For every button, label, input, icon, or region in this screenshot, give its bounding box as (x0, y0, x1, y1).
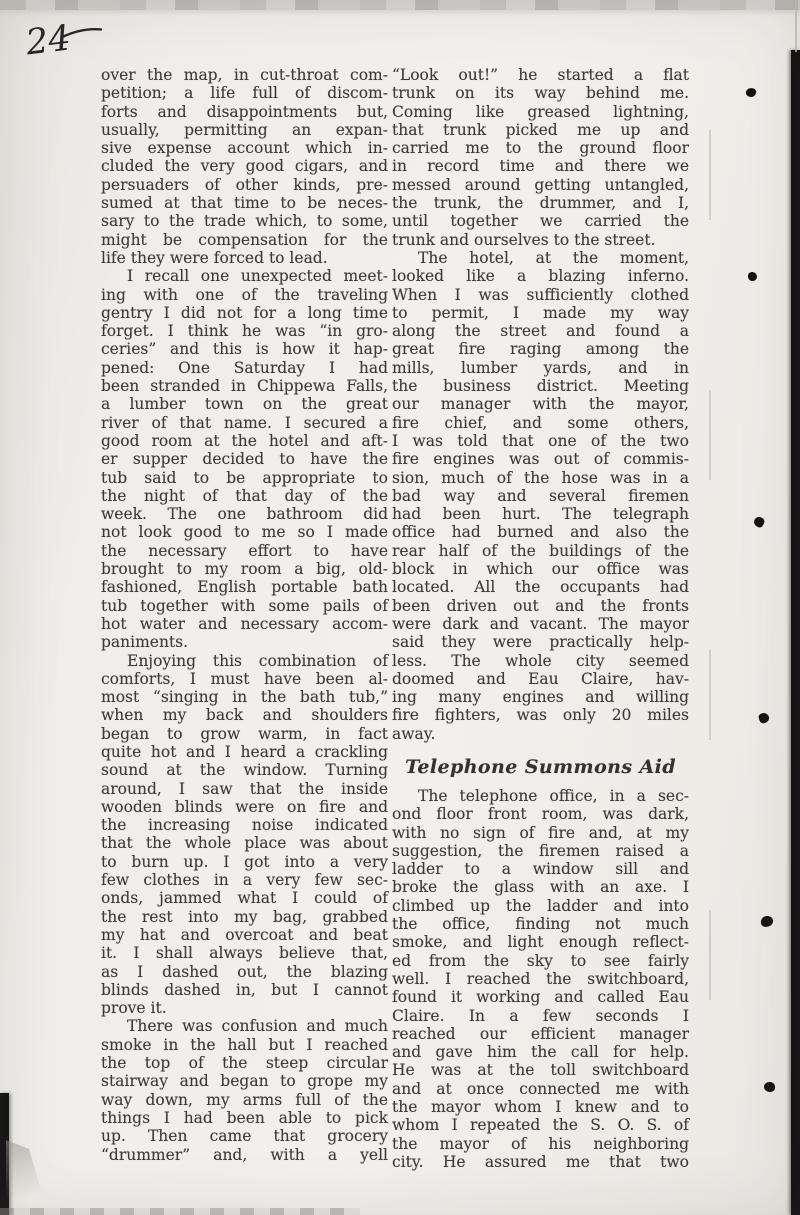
text-line: and at once connected me with (392, 1080, 689, 1098)
text-line: ing many engines and willing (392, 688, 689, 706)
text-line: “drummer” and, with a yell (101, 1146, 388, 1164)
text-line: been stranded in Chippewa Falls, (101, 377, 388, 395)
text-line: away. (392, 725, 689, 743)
text-line: messed around getting untangled, (392, 176, 689, 194)
text-line: pened: One Saturday I had (101, 359, 388, 377)
text-line: I was told that one of the two (392, 432, 689, 450)
text-line: Enjoying this combination of (101, 652, 388, 670)
text-line: whom I repeated the S. O. S. of (392, 1116, 689, 1134)
text-line: sive expense account which in- (101, 139, 388, 157)
text-line: brought to my room a big, old- (101, 560, 388, 578)
text-line: hot water and necessary accom- (101, 615, 388, 633)
paragraph: Enjoying this combination ofcomforts, I … (101, 652, 388, 1018)
text-line: the trunk, the drummer, and I, (392, 194, 689, 212)
text-line: persuaders of other kinds, pre- (101, 176, 388, 194)
text-line: less. The whole city seemed (392, 652, 689, 670)
text-line: forts and disappointments but, (101, 103, 388, 121)
text-line: sumed at that time to be neces- (101, 194, 388, 212)
text-line: He was at the toll switchboard (392, 1061, 689, 1079)
text-line: ed from the sky to see fairly (392, 952, 689, 970)
text-line: that the whole place was about (101, 834, 388, 852)
text-line: er supper decided to have the (101, 450, 388, 468)
ink-spot (758, 712, 771, 725)
text-line: The telephone office, in a sec- (392, 787, 689, 805)
text-line: located. All the occupants had (392, 578, 689, 596)
text-line: might be compensation for the (101, 231, 388, 249)
text-line: fire fighters, was only 20 miles (392, 706, 689, 724)
text-line: sion, much of the hose was in a (392, 469, 689, 487)
text-line: sound at the window. Turning (101, 761, 388, 779)
text-line: week. The one bathroom did (101, 505, 388, 523)
text-line: Claire. In a few seconds I (392, 1007, 689, 1025)
ink-spot (764, 1081, 776, 1092)
text-line: smoke in the hall but I reached (101, 1036, 388, 1054)
text-line: our manager with the mayor, (392, 395, 689, 413)
text-line: fire chief, and some others, (392, 414, 689, 432)
text-line: mills, lumber yards, and in (392, 359, 689, 377)
text-line: cluded the very good cigars, and (101, 157, 388, 175)
handwritten-page-number: 24 (24, 10, 114, 62)
text-line: paniments. (101, 633, 388, 651)
text-line: ond floor front room, was dark, (392, 805, 689, 823)
text-line: wooden blinds were on fire and (101, 798, 388, 816)
scan-edge-top-artifact (0, 0, 800, 10)
text-line: great fire raging among the (392, 340, 689, 358)
text-line: began to grow warm, in fact (101, 725, 388, 743)
text-line: fashioned, English portable bath (101, 578, 388, 596)
text-line: ing with one of the traveling (101, 286, 388, 304)
scan-edge-top-fade (0, 10, 800, 16)
text-line: until together we carried the (392, 212, 689, 230)
text-line: the mayor whom I knew and to (392, 1098, 689, 1116)
text-line: tub together with some pails of (101, 597, 388, 615)
text-line: gentry I did not for a long time (101, 304, 388, 322)
text-line: the necessary effort to have (101, 542, 388, 560)
text-line: well. I reached the switchboard, (392, 970, 689, 988)
text-line: the office, finding not much (392, 915, 689, 933)
text-line: carried me to the ground floor (392, 139, 689, 157)
text-line: “Look out!” he started a flat (392, 66, 689, 84)
text-line: said they were practically help- (392, 633, 689, 651)
paragraph: “Look out!” he started a flattrunk on it… (392, 66, 689, 249)
text-line: with no sign of fire and, at my (392, 824, 689, 842)
text-line: rear half of the buildings of the (392, 542, 689, 560)
scan-edge-bottom-artifact (0, 1208, 360, 1215)
text-line: to burn up. I got into a very (101, 853, 388, 871)
text-line: had been hurt. The telegraph (392, 505, 689, 523)
paragraph: The hotel, at the moment,looked like a b… (392, 249, 689, 743)
text-column-right: “Look out!” he started a flattrunk on it… (392, 66, 689, 1171)
text-line: in record time and there we (392, 157, 689, 175)
text-line: smoke, and light enough reflect- (392, 933, 689, 951)
paper-crease-line (709, 130, 711, 1110)
scan-edge-right-top-mark (795, 0, 797, 52)
text-line: There was confusion and much (101, 1017, 388, 1035)
ink-spot (752, 515, 765, 528)
section-heading: Telephone Summons Aid (392, 754, 689, 780)
text-line: suggestion, the firemen raised a (392, 842, 689, 860)
text-line: ceries” and this is how it hap- (101, 340, 388, 358)
text-line: block in which our office was (392, 560, 689, 578)
text-line: most “singing in the bath tub,” (101, 688, 388, 706)
text-line: trunk on its way behind me. (392, 84, 689, 102)
text-line: bad way and several firemen (392, 487, 689, 505)
text-line: along the street and found a (392, 322, 689, 340)
text-line: the mayor of his neighboring (392, 1135, 689, 1153)
text-line: city. He assured me that two (392, 1153, 689, 1171)
text-line: blinds dashed in, but I cannot (101, 981, 388, 999)
text-column-left: over the map, in cut-throat com-petition… (101, 66, 388, 1164)
paragraph: There was confusion and muchsmoke in the… (101, 1017, 388, 1163)
text-line: the night of that day of the (101, 487, 388, 505)
text-line: prove it. (101, 999, 388, 1017)
text-line: usually, permitting an expan- (101, 121, 388, 139)
text-line: around, I saw that the inside (101, 780, 388, 798)
handwritten-number-text: 24 (24, 18, 73, 62)
text-line: Coming like greased lightning, (392, 103, 689, 121)
text-line: the rest into my bag, grabbed (101, 908, 388, 926)
text-line: my hat and overcoat and beat (101, 926, 388, 944)
text-line: good room at the hotel and aft- (101, 432, 388, 450)
text-line: a lumber town on the great (101, 395, 388, 413)
text-line: office had burned and also the (392, 523, 689, 541)
text-line: were dark and vacant. The mayor (392, 615, 689, 633)
text-line: it. I shall always believe that, (101, 944, 388, 962)
text-line: when my back and shoulders (101, 706, 388, 724)
text-line: looked like a blazing inferno. (392, 267, 689, 285)
paragraph: over the map, in cut-throat com-petition… (101, 66, 388, 267)
ink-spot (760, 915, 773, 928)
text-line: trunk and ourselves to the street. (392, 231, 689, 249)
text-line: the business district. Meeting (392, 377, 689, 395)
text-line: doomed and Eau Claire, hav- (392, 670, 689, 688)
text-line: over the map, in cut-throat com- (101, 66, 388, 84)
text-line: sary to the trade which, to some, (101, 212, 388, 230)
text-line: ladder to a window sill and (392, 860, 689, 878)
text-line: river of that name. I secured a (101, 414, 388, 432)
paragraph: The telephone office, in a sec-ond floor… (392, 787, 689, 1171)
text-line: quite hot and I heard a crackling (101, 743, 388, 761)
text-line: The hotel, at the moment, (392, 249, 689, 267)
text-line: and gave him the call for help. (392, 1043, 689, 1061)
text-line: climbed up the ladder and into (392, 897, 689, 915)
paragraph: I recall one unexpected meet-ing with on… (101, 267, 388, 651)
text-line: life they were forced to lead. (101, 249, 388, 267)
text-line: stairway and began to grope my (101, 1072, 388, 1090)
text-line: comforts, I must have been al- (101, 670, 388, 688)
text-line: up. Then came that grocery (101, 1127, 388, 1145)
text-line: few clothes in a very few sec- (101, 871, 388, 889)
text-line: onds, jammed what I could of (101, 889, 388, 907)
text-line: to permit, I made my way (392, 304, 689, 322)
text-line: way down, my arms full of the (101, 1091, 388, 1109)
text-line: found it working and called Eau (392, 988, 689, 1006)
text-line: broke the glass with an axe. I (392, 878, 689, 896)
text-line: fire engines was out of commis- (392, 450, 689, 468)
scan-edge-right-artifact (791, 50, 800, 1215)
text-line: petition; a life full of discom- (101, 84, 388, 102)
text-line: as I dashed out, the blazing (101, 963, 388, 981)
text-line: forget. I think he was “in gro- (101, 322, 388, 340)
text-line: reached our efficient manager (392, 1025, 689, 1043)
text-line: the top of the steep circular (101, 1054, 388, 1072)
ink-spot (747, 271, 757, 281)
paper-smudge (6, 1140, 48, 1215)
text-line: things I had been able to pick (101, 1109, 388, 1127)
text-line: I recall one unexpected meet- (101, 267, 388, 285)
text-line: that trunk picked me up and (392, 121, 689, 139)
text-line: been driven out and the fronts (392, 597, 689, 615)
text-line: not look good to me so I made (101, 523, 388, 541)
scanned-page: 24 over the map, in cut-throat com-petit… (0, 0, 800, 1215)
text-line: tub said to be appropriate to (101, 469, 388, 487)
text-line: When I was sufficiently clothed (392, 286, 689, 304)
ink-spot (745, 87, 757, 98)
text-line: the increasing noise indicated (101, 816, 388, 834)
